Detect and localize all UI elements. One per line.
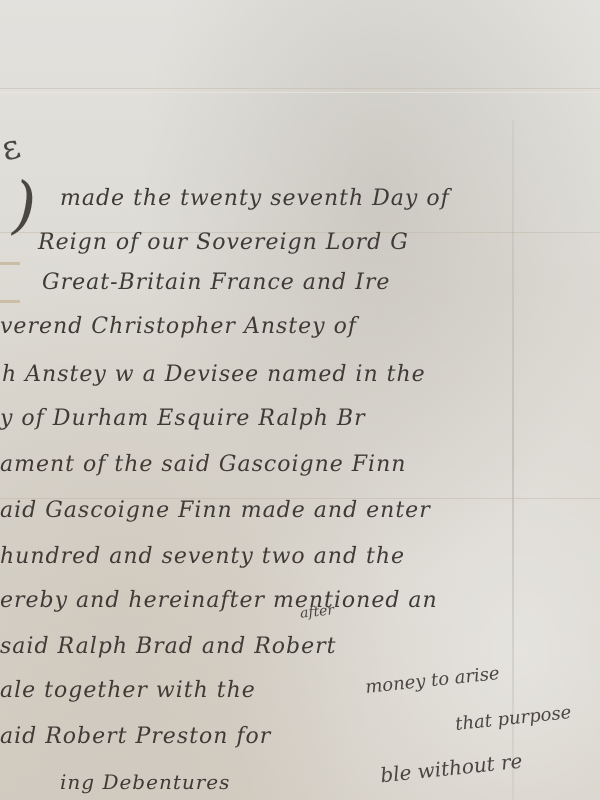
handwritten-line: said Ralph Brad and Robert [0,634,337,659]
handwritten-line: h Anstey w a Devisee named in the [2,362,426,387]
handwritten-line: Reign of our Sovereign Lord G [38,230,409,255]
handwritten-line: made the twenty seventh Day of [60,186,450,211]
handwritten-line: ereby and hereinafter mentioned an [0,588,438,613]
handwritten-line: aid Robert Preston for [0,724,271,749]
handwritten-line: hundred and seventy two and the [0,544,405,569]
fold-crease-horizontal [0,88,600,93]
handwritten-line: Great-Britain France and Ire [42,270,390,295]
handwritten-line: ament of the said Gascoigne Finn [0,452,406,477]
gold-margin-mark [0,262,20,265]
gold-margin-mark [0,300,20,303]
handwritten-line: y of Durham Esquire Ralph Br [0,406,366,431]
fold-crease-vertical [512,120,514,800]
ornamental-initial-bracket-icon: ) [12,168,36,241]
handwritten-line: aid Gascoigne Finn made and enter [0,498,431,523]
handwritten-line: ale together with the [0,678,256,703]
handwritten-line: verend Christopher Anstey of [0,314,357,339]
handwritten-line: ing Debentures [60,770,230,794]
